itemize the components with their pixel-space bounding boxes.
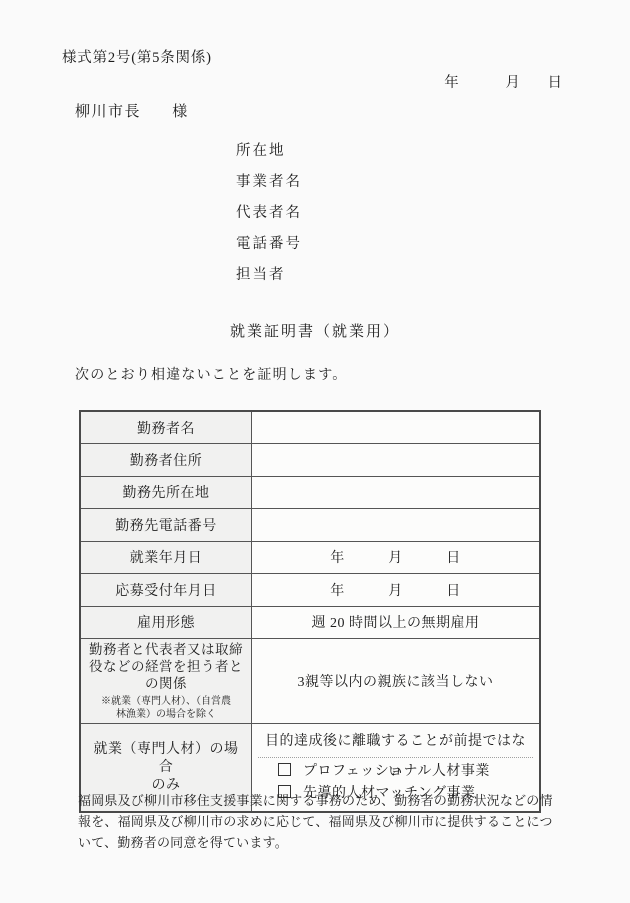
document-page: 様式第2号(第5条関係) 年 月 日 柳川市長 様 所在地 事業者名 代表者名 … — [0, 0, 630, 903]
sender-block: 所在地 事業者名 代表者名 電話番号 担当者 — [236, 140, 302, 295]
table-row-application-date: 応募受付年月日 年 月 日 — [80, 574, 540, 607]
addressee-line: 柳川市長 様 — [75, 100, 189, 121]
sender-field-representative: 代表者名 — [236, 202, 302, 233]
day-label: 日 — [548, 75, 563, 91]
employment-certificate-table: 勤務者名 勤務者住所 勤務先所在地 勤務先電話番号 就業年月日 年 月 日 応募… — [79, 410, 541, 813]
table-row-employment-date: 就業年月日 年 月 日 — [80, 541, 540, 574]
workplace-phone-value — [252, 509, 541, 542]
checkbox-row-professional: プロフェッショナル人材事業 — [278, 761, 533, 783]
workplace-location-value — [252, 476, 541, 509]
workplace-location-label: 勤務先所在地 — [80, 476, 252, 509]
worker-name-value — [252, 411, 541, 444]
application-date-label: 応募受付年月日 — [80, 574, 252, 607]
month-label: 月 — [505, 75, 520, 91]
employment-type-label: 雇用形態 — [80, 606, 252, 639]
date-line: 年 月 日 — [444, 71, 562, 92]
table-row-employment-type: 雇用形態 週 20 時間以上の無期雇用 — [80, 606, 540, 639]
application-date-value: 年 月 日 — [252, 574, 541, 607]
form-number: 様式第2号(第5条関係) — [62, 46, 212, 67]
addressee-name: 柳川市長 — [75, 104, 141, 120]
certify-statement: 次のとおり相違ないことを証明します。 — [75, 364, 347, 384]
document-title: 就業証明書（就業用） — [0, 320, 630, 341]
table-row-worker-name: 勤務者名 — [80, 411, 540, 444]
relation-value: 3親等以内の親族に該当しない — [252, 639, 541, 724]
employment-type-value: 週 20 時間以上の無期雇用 — [252, 606, 541, 639]
sender-field-business-name: 事業者名 — [236, 171, 302, 202]
year-label: 年 — [444, 75, 459, 91]
senmon-statement: 目的達成後に離職することが前提ではない — [258, 726, 533, 758]
employment-date-label: 就業年月日 — [80, 541, 252, 574]
table-row-relation: 勤務者と代表者又は取締役などの経営を担う者との関係 ※就業（専門人材）、（自営農… — [80, 639, 540, 724]
sender-field-location: 所在地 — [236, 140, 302, 171]
workplace-phone-label: 勤務先電話番号 — [80, 509, 252, 542]
table-row-worker-address: 勤務者住所 — [80, 444, 540, 477]
checkbox-label-professional: プロフェッショナル人材事業 — [303, 764, 490, 779]
checkbox-icon — [278, 763, 291, 776]
worker-name-label: 勤務者名 — [80, 411, 252, 444]
addressee-honorific: 様 — [172, 104, 189, 120]
worker-address-label: 勤務者住所 — [80, 444, 252, 477]
consent-footnote: 福岡県及び柳川市移住支援事業に関する事務のため、勤務者の勤務状況などの情 報を、… — [78, 790, 558, 853]
worker-address-value — [252, 444, 541, 477]
sender-field-contact-person: 担当者 — [236, 264, 302, 295]
relation-label-note: ※就業（専門人材）、（自営農 林漁業）の場合を除く — [87, 695, 245, 721]
employment-date-value: 年 月 日 — [252, 541, 541, 574]
relation-label-cell: 勤務者と代表者又は取締役などの経営を担う者との関係 ※就業（専門人材）、（自営農… — [80, 639, 252, 724]
table-row-workplace-phone: 勤務先電話番号 — [80, 509, 540, 542]
sender-field-phone: 電話番号 — [236, 233, 302, 264]
relation-label: 勤務者と代表者又は取締役などの経営を担う者との関係 — [87, 641, 245, 692]
table-row-workplace-location: 勤務先所在地 — [80, 476, 540, 509]
